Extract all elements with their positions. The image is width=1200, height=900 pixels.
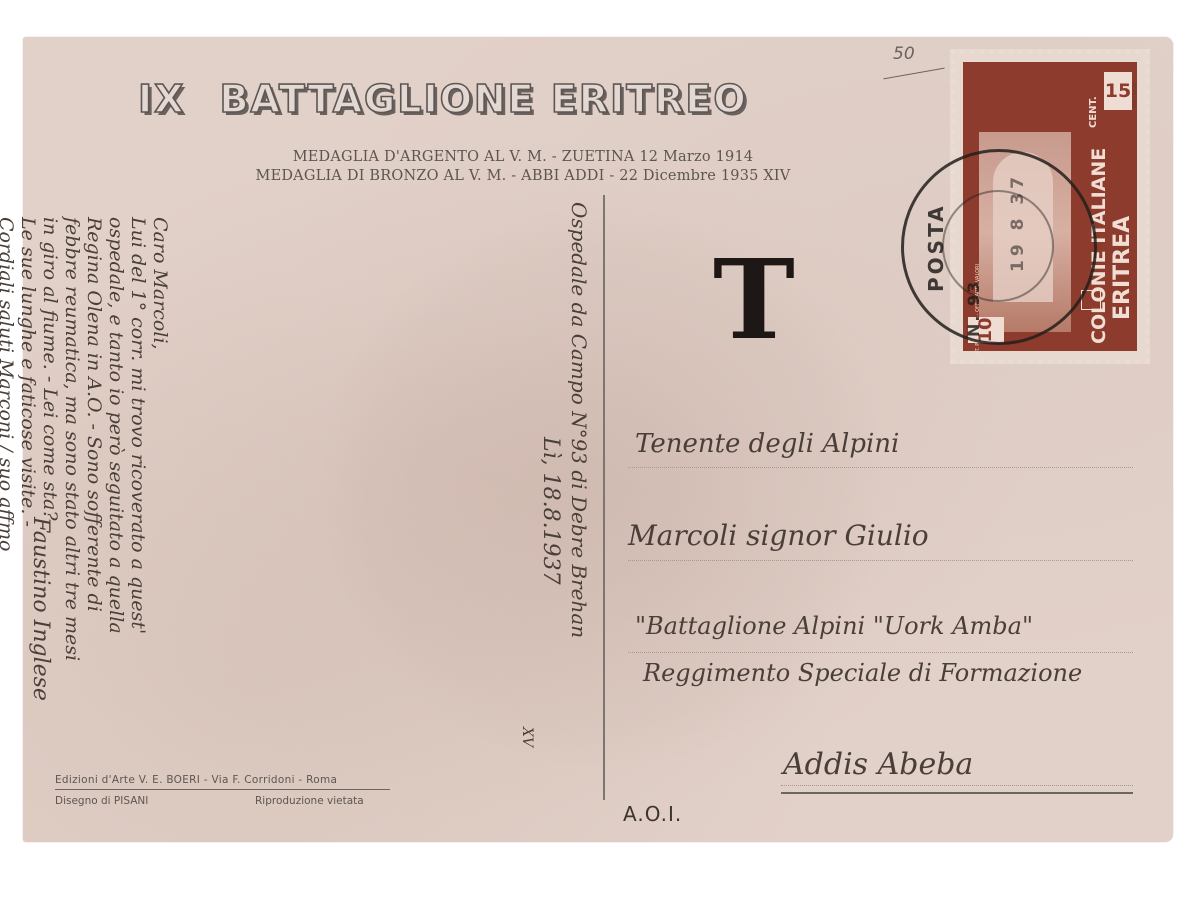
postcard: IXBATTAGLIONE ERITREO MEDAGLIA D'ARGENTO…: [23, 37, 1173, 842]
message-line: Le sue lunghe e faticose visite. -: [17, 217, 39, 527]
address-battalion: "Battaglione Alpini "Uork Amba": [635, 612, 1033, 640]
sender-date: Lì, 18.8.1937: [538, 437, 563, 585]
postmark-cancellation: POSTA 19 8 37 N. 93: [901, 149, 1097, 345]
message-line: febbre reumatica, ma sono stato altri tr…: [61, 217, 83, 661]
address-regiment: Reggimento Speciale di Formazione: [643, 659, 1082, 687]
artist-credit: Disegno di PISANI: [55, 795, 148, 807]
address-region: A.O.I.: [623, 802, 682, 826]
battalion-name: BATTAGLIONE ERITREO: [219, 77, 747, 121]
postmark-bottom-text: N. 93: [964, 280, 983, 337]
postage-due-mark: T: [713, 245, 795, 355]
sender-era-year: XV: [519, 727, 535, 747]
address-rule: [628, 652, 1133, 653]
message-line: Lui del 1° corr. mi trovo ricoverato a q…: [127, 217, 149, 634]
message-line: Caro Marcoli,: [149, 217, 171, 350]
address-rule: [628, 560, 1133, 561]
sender-location: Ospedale da Campo N°93 di Debre Brehan: [567, 202, 591, 638]
stamp-currency: CENT.: [1088, 96, 1099, 128]
bronze-medal-line: MEDAGLIA DI BRONZO AL V. M. - ABBI ADDI …: [163, 168, 883, 184]
message-line: in giro al fiume. - Lei come sta?: [39, 217, 61, 521]
address-recipient: Marcoli signor Giulio: [628, 519, 929, 552]
address-rule: [781, 785, 1133, 786]
message-line: ospedale, e tanto io però seguitato a qu…: [105, 217, 127, 634]
stamp-value-top: 15: [1104, 72, 1132, 110]
postmark-top-text: POSTA: [924, 203, 948, 292]
message-line: Cordiali saluti Marconi / suo affmo: [0, 217, 17, 551]
message-line: Regina Olena in A.O. - Sono sofferente d…: [83, 217, 105, 612]
rights-notice: Riproduzione vietata: [255, 795, 364, 807]
stamp-designer: RONDINI: [1130, 82, 1137, 108]
pencil-price-note: 50: [893, 44, 915, 64]
signature: Faustino Inglese: [28, 517, 53, 701]
postmark-date: 19 8 37: [1008, 173, 1028, 272]
imprint-rule: [55, 789, 390, 790]
address-city: Addis Abeba: [783, 747, 973, 782]
stamp-colony: ERITREA: [1110, 216, 1135, 320]
address-underline: [781, 792, 1133, 794]
publisher-imprint: Edizioni d'Arte V. E. BOERI - Via F. Cor…: [55, 774, 337, 786]
silver-medal-line: MEDAGLIA D'ARGENTO AL V. M. - ZUETINA 12…: [163, 149, 883, 165]
postmark-inner-ring: [942, 190, 1054, 302]
battalion-number: IX: [138, 77, 185, 121]
address-rank: Tenente degli Alpini: [635, 429, 899, 459]
address-rule: [628, 467, 1133, 468]
card-title: IXBATTAGLIONE ERITREO: [138, 77, 918, 121]
